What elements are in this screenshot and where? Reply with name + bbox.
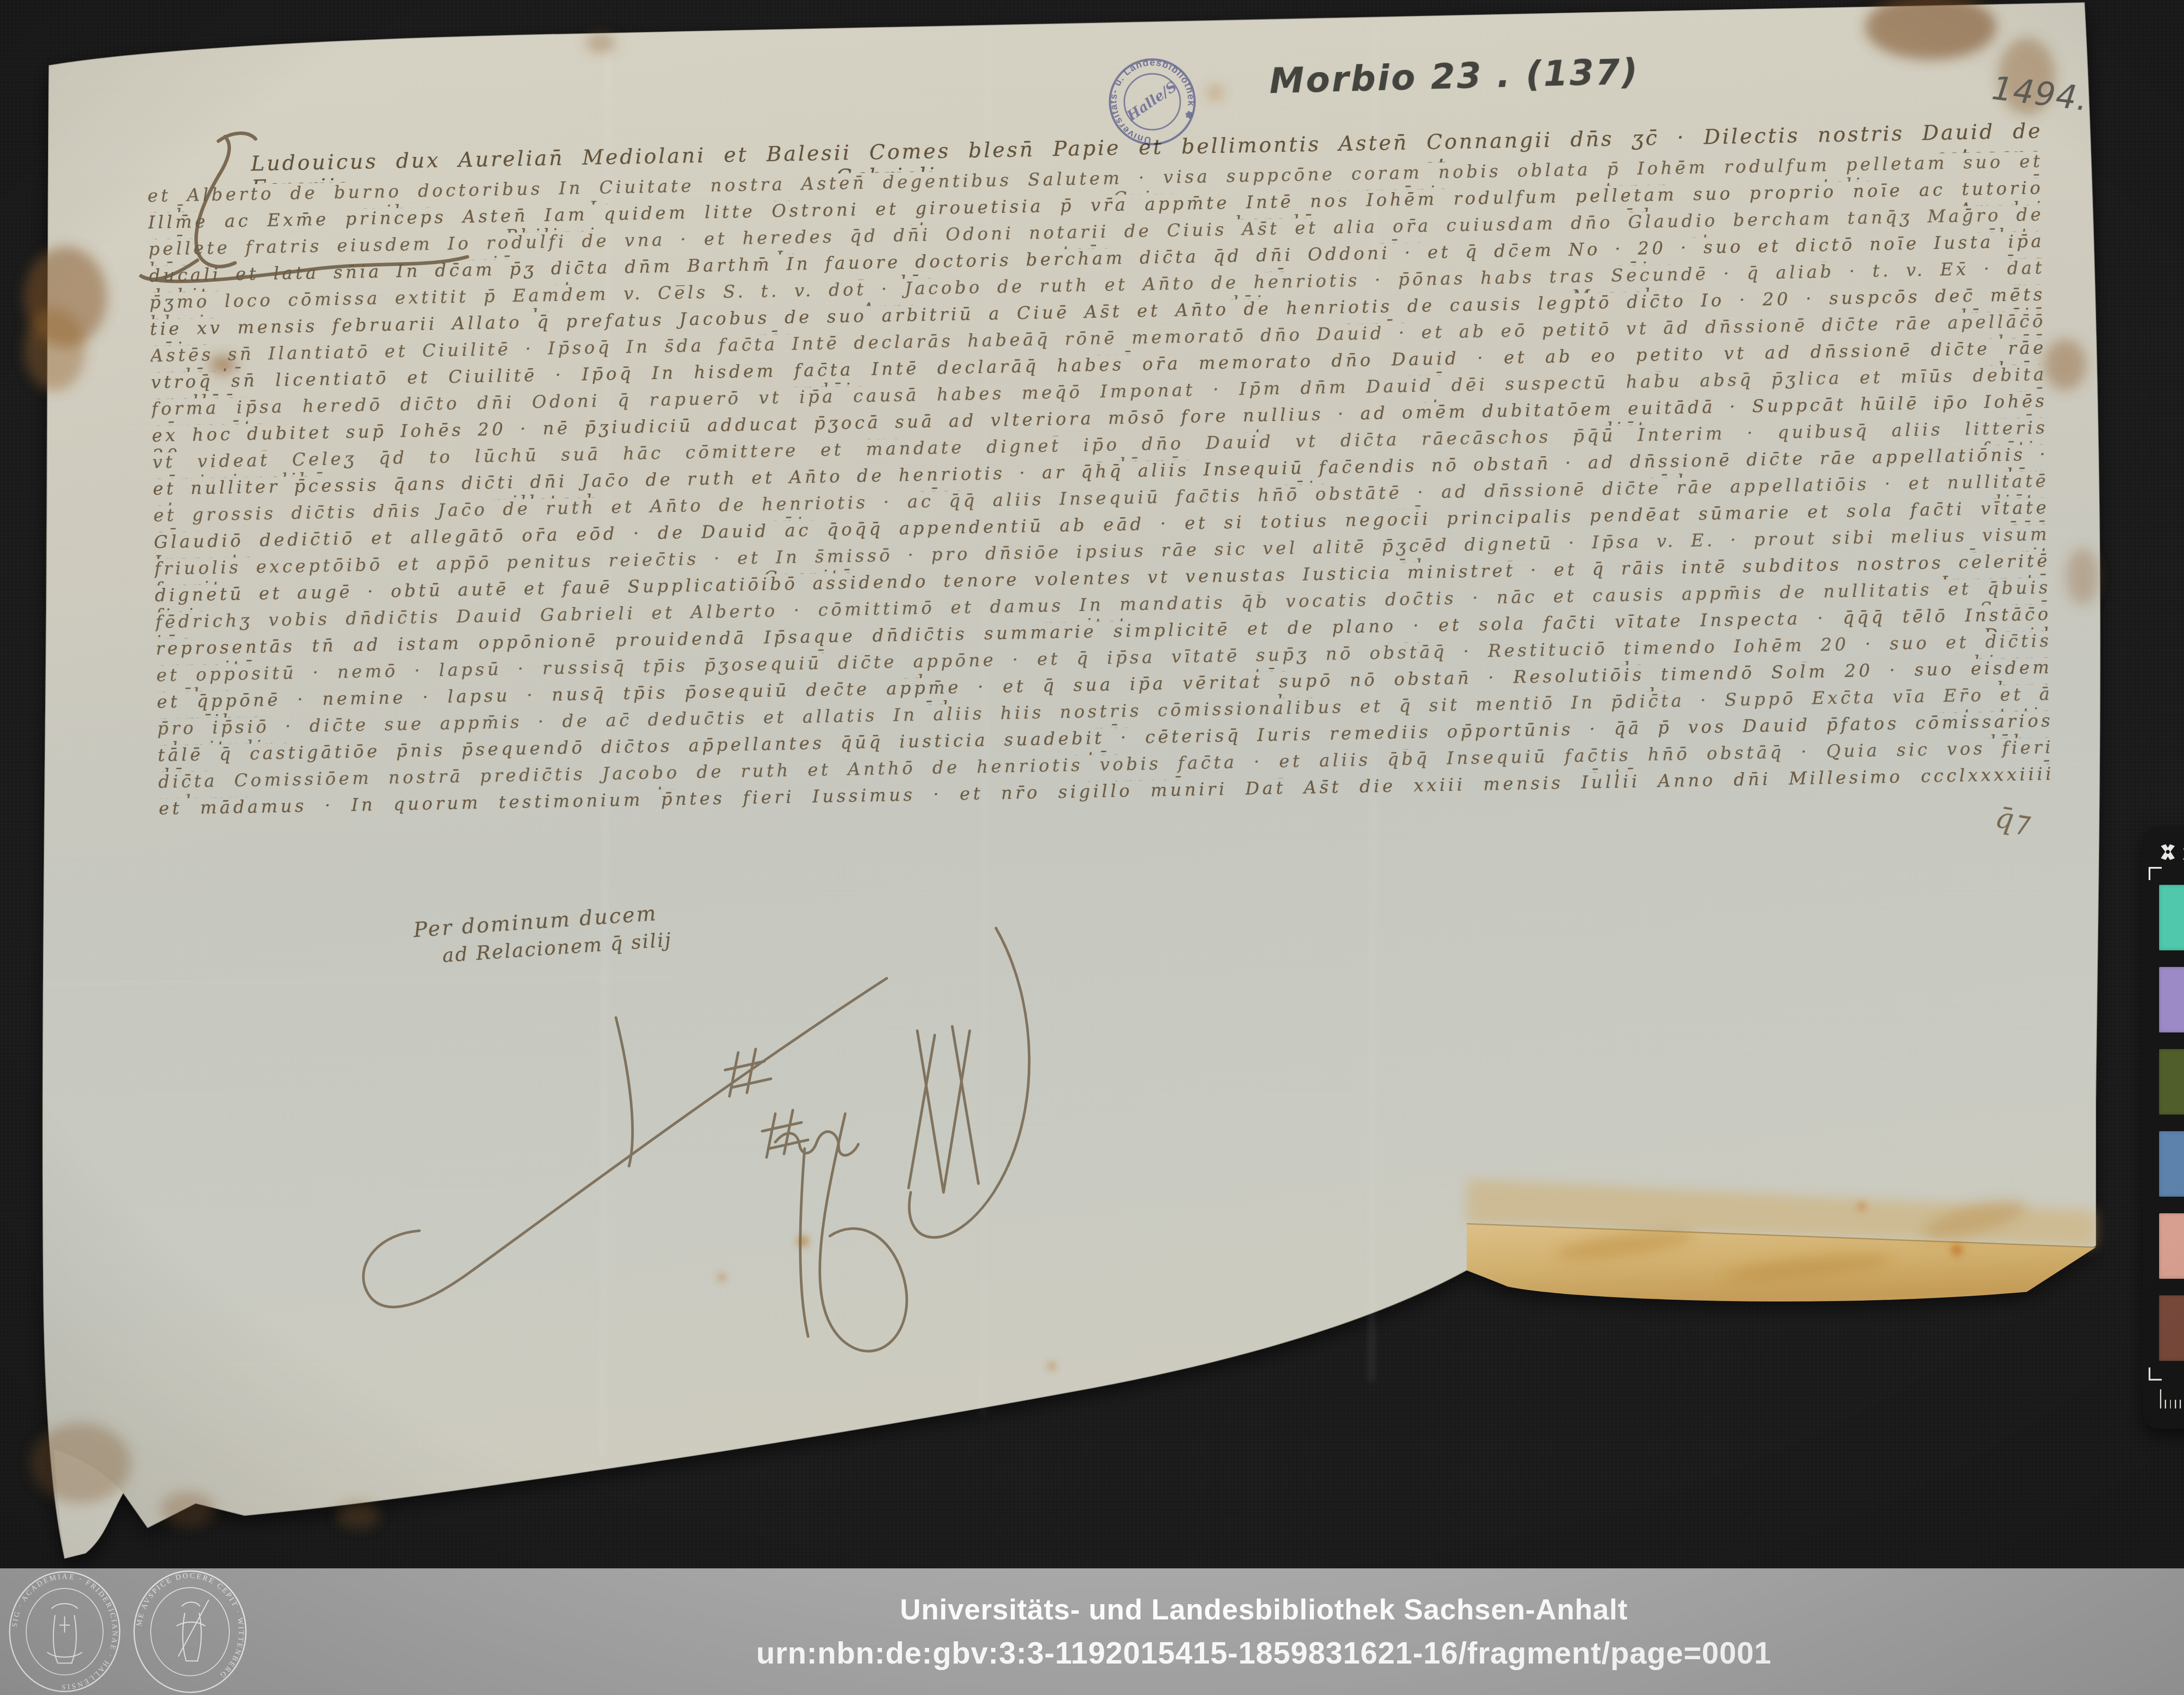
ruler-tick [2160, 1389, 2161, 1408]
ruler-tick [2165, 1400, 2166, 1408]
ruler-tick [2175, 1400, 2176, 1408]
xrite-logo-icon [2158, 843, 2177, 862]
footer-urn: urn:nbn:de:gbv:3:3-1192015415-1859831621… [522, 1636, 2007, 1671]
initial-letter-flourish [131, 121, 524, 305]
colorchecker-card: x-rite colorchecker CLASSIC mm [2143, 827, 2184, 1429]
color-patch [2159, 1049, 2184, 1115]
color-patch [2159, 1295, 2184, 1361]
footer-text-block: Universitäts- und Landesbibliothek Sachs… [522, 1568, 2007, 1671]
footer-institution: Universitäts- und Landesbibliothek Sachs… [522, 1593, 2007, 1626]
ruler-tick [2170, 1400, 2171, 1408]
ruler [2160, 1388, 2184, 1408]
stamp-center-text: Halle/S [1123, 78, 1180, 124]
signature-paraph [236, 887, 1066, 1389]
footer-bar: SIG · ACADEMIAE · FRIDERICIANAE · HALLEN… [0, 1568, 2184, 1695]
manuscript-end-mark: q̄⁊ [1993, 801, 2030, 839]
crop-mark-top-left-icon [2149, 867, 2162, 880]
library-stamp: Universitäts- u. Landesbibliothek ✽ Hall… [1106, 55, 1199, 150]
colorchecker-header: x-rite colorchecker CLASSIC [2143, 840, 2184, 866]
crop-mark-bottom-left-icon [2149, 1367, 2162, 1381]
color-patch [2159, 967, 2184, 1032]
xrite-brand: x-rite [2158, 841, 2184, 864]
color-patch [2159, 885, 2184, 950]
library-seals: SIG · ACADEMIAE · FRIDERICIANAE · HALLEN… [3, 1569, 257, 1694]
color-patch [2159, 1131, 2184, 1197]
color-patch-grid [2159, 885, 2184, 1361]
color-patch [2159, 1213, 2184, 1279]
digitized-manuscript-page: Ludouicus dux Aurelian̄ Mediolani et Bal… [0, 0, 2184, 1695]
ruler-tick [2180, 1400, 2181, 1408]
